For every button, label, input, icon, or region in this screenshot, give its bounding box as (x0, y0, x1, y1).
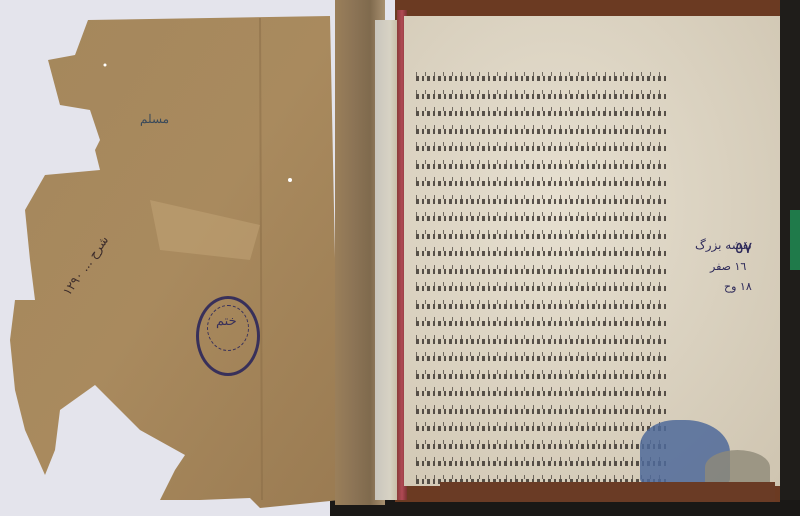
text-line (416, 298, 666, 316)
text-line (416, 403, 666, 421)
text-line (416, 105, 666, 123)
text-line (416, 350, 666, 368)
manuscript-text-block (416, 70, 666, 490)
bottom-frame-band (440, 482, 775, 502)
catalog-label: نقشه بزرگ (695, 238, 752, 252)
catalog-line-2: ١٦ صفر (710, 260, 746, 273)
catalog-line-3: ١٨ وح (724, 280, 752, 293)
dark-bottom-edge (330, 500, 800, 516)
text-line (416, 333, 666, 351)
text-line (416, 420, 666, 438)
left-torn-leaf (0, 0, 345, 516)
grey-stain (705, 450, 770, 485)
text-line (416, 210, 666, 228)
text-line (416, 140, 666, 158)
text-line (416, 245, 666, 263)
text-line (416, 228, 666, 246)
text-line (416, 385, 666, 403)
text-line (416, 70, 666, 88)
text-line (416, 280, 666, 298)
seal-text: ختم (216, 314, 237, 329)
text-line (416, 88, 666, 106)
text-line (416, 123, 666, 141)
text-line (416, 438, 666, 456)
green-fabric-corner (790, 210, 800, 270)
text-line (416, 193, 666, 211)
text-line (416, 455, 666, 473)
text-line (416, 158, 666, 176)
text-line (416, 175, 666, 193)
shelf-note: مسلم (140, 112, 169, 126)
text-line (416, 263, 666, 281)
text-line (416, 368, 666, 386)
text-line (416, 315, 666, 333)
